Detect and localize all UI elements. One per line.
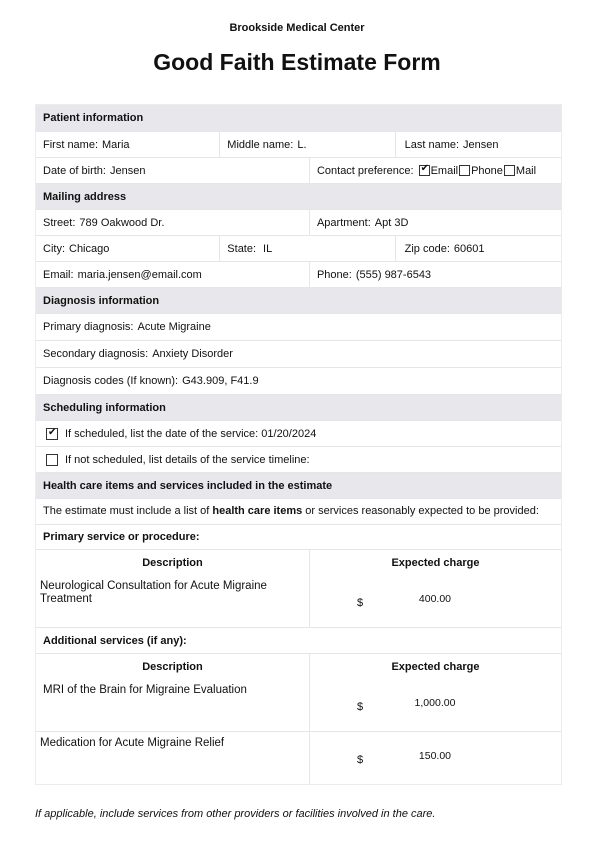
diagnosis-codes-value[interactable]: G43.909, F41.9 [182,375,258,387]
street-label: Street: [43,217,75,229]
email-checkbox[interactable] [419,165,430,176]
last-name-field[interactable]: Last name: Jensen [395,132,561,157]
note-prefix: The estimate must include a list of [43,505,212,517]
contact-option-mail[interactable]: Mail [504,165,536,177]
street-field[interactable]: Street: 789 Oakwood Dr. [36,210,309,235]
scheduled-option[interactable]: If scheduled, list the date of the servi… [36,421,561,446]
email-value[interactable]: maria.jensen@email.com [78,269,202,281]
first-name-value[interactable]: Maria [102,139,130,151]
primary-diagnosis-value[interactable]: Acute Migraine [137,321,210,333]
service-description[interactable]: Neurological Consultation for Acute Migr… [36,575,309,627]
not-scheduled-option[interactable]: If not scheduled, list details of the se… [36,447,561,472]
table-row: Neurological Consultation for Acute Migr… [36,575,561,627]
charge-amount[interactable]: 400.00 [310,593,560,605]
additional-table-header: Description Expected charge [36,653,561,679]
street-row: Street: 789 Oakwood Dr. Apartment: Apt 3… [36,209,561,235]
phone-checkbox[interactable] [459,165,470,176]
zip-value[interactable]: 60601 [454,243,485,255]
state-label: State: [227,243,256,255]
column-header-expected-charge: Expected charge [309,654,561,679]
primary-service-heading: Primary service or procedure: [36,524,561,549]
first-name-label: First name: [43,139,98,151]
last-name-label: Last name: [405,139,459,151]
services-note-row: The estimate must include a list of heal… [36,498,561,524]
name-row: First name: Maria Middle name: L. Last n… [36,131,561,157]
service-description[interactable]: MRI of the Brain for Migraine Evaluation [36,679,309,731]
section-title: Scheduling information [43,402,166,414]
apartment-value[interactable]: Apt 3D [375,217,409,229]
diagnosis-codes-field[interactable]: Diagnosis codes (If known): G43.909, F41… [36,368,561,394]
section-scheduling-information: Scheduling information [36,394,561,420]
city-row: City: Chicago State: IL Zip code: 60601 [36,235,561,261]
note-bold: health care items [212,505,302,517]
charge-amount[interactable]: 150.00 [310,750,560,762]
scheduled-checkbox[interactable] [46,428,58,440]
zip-label: Zip code: [405,243,450,255]
phone-value[interactable]: (555) 987-6543 [356,269,431,281]
section-title: Mailing address [43,191,126,203]
section-title: Health care items and services included … [43,480,332,492]
page-title: Good Faith Estimate Form [0,49,594,76]
primary-diagnosis-row: Primary diagnosis: Acute Migraine [36,313,561,340]
mail-checkbox[interactable] [504,165,515,176]
dob-value[interactable]: Jensen [110,165,145,177]
scheduled-label: If scheduled, list the date of the servi… [65,428,316,440]
email-label: Email: [43,269,74,281]
section-title: Diagnosis information [43,295,159,307]
diagnosis-codes-row: Diagnosis codes (If known): G43.909, F41… [36,367,561,394]
secondary-diagnosis-label: Secondary diagnosis: [43,348,148,360]
service-charge[interactable]: $400.00 [309,575,561,627]
section-mailing-address: Mailing address [36,183,561,209]
service-description[interactable]: Medication for Acute Migraine Relief [36,732,309,784]
section-diagnosis-information: Diagnosis information [36,287,561,313]
primary-diagnosis-label: Primary diagnosis: [43,321,133,333]
mail-option-label: Mail [516,165,536,177]
dob-contact-row: Date of birth: Jensen Contact preference… [36,157,561,183]
contact-preference-field: Contact preference: Email Phone Mail [309,158,561,183]
city-label: City: [43,243,65,255]
dob-label: Date of birth: [43,165,106,177]
middle-name-field[interactable]: Middle name: L. [219,132,394,157]
estimate-form: Patient information First name: Maria Mi… [35,104,562,785]
additional-services-heading-text: Additional services (if any): [43,635,187,647]
state-value[interactable]: IL [263,243,272,255]
section-health-care-items: Health care items and services included … [36,472,561,498]
apartment-field[interactable]: Apartment: Apt 3D [309,210,561,235]
charge-amount[interactable]: 1,000.00 [310,697,560,709]
section-title: Patient information [43,112,143,124]
phone-option-label: Phone [471,165,503,177]
not-scheduled-checkbox[interactable] [46,454,58,466]
service-charge[interactable]: $1,000.00 [309,679,561,731]
middle-name-value[interactable]: L. [297,139,306,151]
middle-name-label: Middle name: [227,139,293,151]
column-header-expected-charge: Expected charge [309,550,561,575]
city-field[interactable]: City: Chicago [36,236,219,261]
phone-label: Phone: [317,269,352,281]
not-scheduled-row: If not scheduled, list details of the se… [36,446,561,472]
column-header-description: Description [36,550,309,575]
contact-preference-label: Contact preference: [317,165,414,177]
footer-note: If applicable, include services from oth… [35,808,435,820]
contact-option-email[interactable]: Email [419,165,459,177]
apartment-label: Apartment: [317,217,371,229]
diagnosis-codes-label: Diagnosis codes (If known): [43,375,178,387]
additional-services-heading: Additional services (if any): [36,627,561,653]
organization-name: Brookside Medical Center [0,22,594,34]
section-patient-information: Patient information [36,105,561,131]
primary-table-header: Description Expected charge [36,549,561,575]
secondary-diagnosis-field[interactable]: Secondary diagnosis: Anxiety Disorder [36,341,561,367]
column-header-description: Description [36,654,309,679]
additional-items-list: MRI of the Brain for Migraine Evaluation… [36,679,561,784]
not-scheduled-label: If not scheduled, list details of the se… [65,454,310,466]
scheduled-row: If scheduled, list the date of the servi… [36,420,561,446]
contact-option-phone[interactable]: Phone [459,165,503,177]
table-row: MRI of the Brain for Migraine Evaluation… [36,679,561,731]
zip-field[interactable]: Zip code: 60601 [395,236,561,261]
email-phone-row: Email: maria.jensen@email.com Phone: (55… [36,261,561,287]
secondary-diagnosis-row: Secondary diagnosis: Anxiety Disorder [36,340,561,367]
table-row: Medication for Acute Migraine Relief$150… [36,731,561,784]
first-name-field[interactable]: First name: Maria [36,132,219,157]
street-value[interactable]: 789 Oakwood Dr. [79,217,164,229]
dob-field[interactable]: Date of birth: Jensen [36,158,309,183]
email-field[interactable]: Email: maria.jensen@email.com [36,262,309,287]
primary-items-list: Neurological Consultation for Acute Migr… [36,575,561,627]
email-option-label: Email [431,165,459,177]
secondary-diagnosis-value[interactable]: Anxiety Disorder [152,348,233,360]
primary-service-heading-text: Primary service or procedure: [43,531,200,543]
primary-diagnosis-field[interactable]: Primary diagnosis: Acute Migraine [36,314,561,340]
phone-field[interactable]: Phone: (555) 987-6543 [309,262,561,287]
service-charge[interactable]: $150.00 [309,732,561,784]
note-suffix: or services reasonably expected to be pr… [302,505,539,517]
city-value[interactable]: Chicago [69,243,109,255]
services-note: The estimate must include a list of heal… [36,499,561,524]
last-name-value[interactable]: Jensen [463,139,498,151]
state-field[interactable]: State: IL [219,236,394,261]
